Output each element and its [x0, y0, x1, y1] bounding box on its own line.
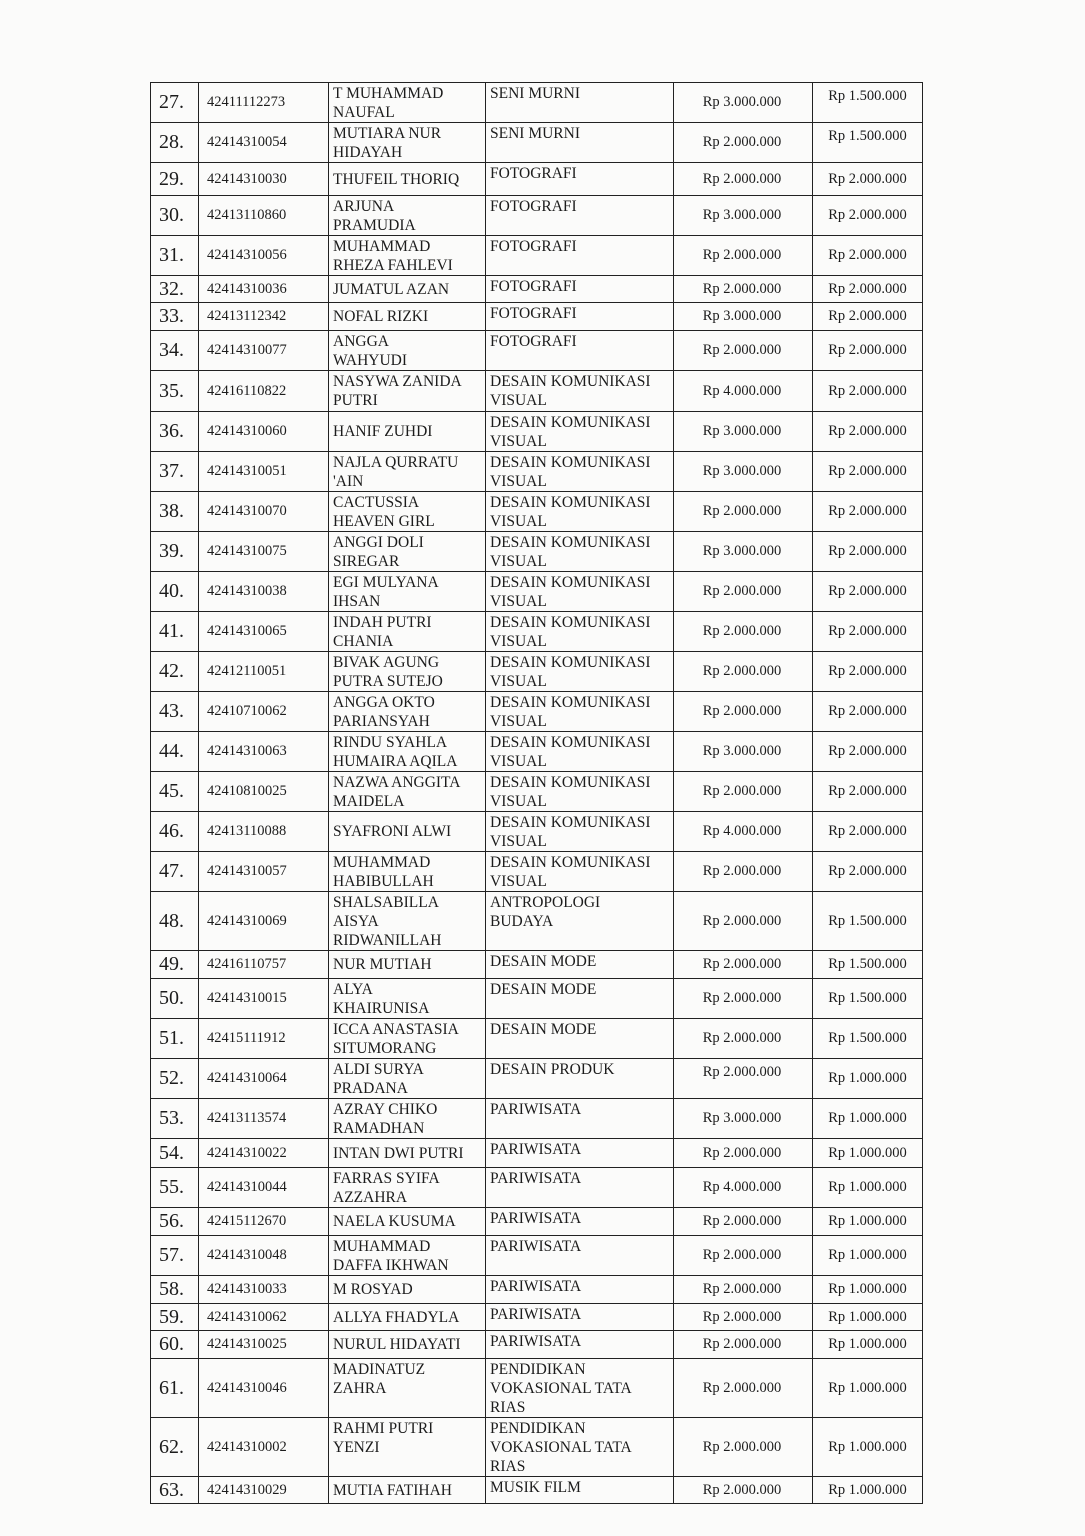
- table-row: 44.42414310063RINDU SYAHLA HUMAIRA AQILA…: [151, 732, 923, 772]
- amount-primary-text: Rp 2.000.000: [678, 622, 806, 641]
- amount-primary-text: Rp 2.000.000: [678, 341, 806, 360]
- amount-primary: Rp 2.000.000: [674, 692, 813, 732]
- student-name-text: NOFAL RIZKI: [333, 307, 481, 326]
- amount-primary: Rp 2.000.000: [674, 612, 813, 652]
- row-number-text: 47.: [159, 862, 194, 881]
- row-number: 40.: [151, 572, 199, 612]
- amount-secondary-text: Rp 2.000.000: [817, 246, 918, 265]
- student-id: 42413110088: [199, 812, 329, 852]
- amount-primary: Rp 2.000.000: [674, 1276, 813, 1304]
- amount-secondary: Rp 1.000.000: [813, 1331, 923, 1359]
- study-program: DESAIN KOMUNIKASI VISUAL: [486, 412, 674, 452]
- student-id-text: 42414310064: [207, 1069, 324, 1088]
- student-name: M ROSYAD: [329, 1276, 486, 1304]
- student-name-text: MUTIARA NUR HIDAYAH: [333, 124, 481, 162]
- row-number-text: 62.: [159, 1438, 194, 1457]
- student-id: 42415112670: [199, 1208, 329, 1236]
- student-name-text: ARJUNA PRAMUDIA: [333, 197, 481, 235]
- row-number-text: 32.: [159, 280, 194, 299]
- amount-primary-text: Rp 2.000.000: [678, 280, 806, 299]
- amount-primary-text: Rp 3.000.000: [678, 307, 806, 326]
- amount-secondary: Rp 2.000.000: [813, 371, 923, 412]
- student-id-text: 42413110860: [207, 206, 324, 225]
- table-row: 27.42411112273T MUHAMMAD NAUFALSENI MURN…: [151, 83, 923, 123]
- student-id: 42414310029: [199, 1477, 329, 1504]
- row-number-text: 30.: [159, 206, 194, 225]
- amount-secondary-text: Rp 2.000.000: [817, 502, 918, 521]
- amount-primary: Rp 3.000.000: [674, 196, 813, 236]
- study-program: FOTOGRAFI: [486, 236, 674, 276]
- amount-primary-text: Rp 2.000.000: [678, 702, 806, 721]
- amount-primary-text: Rp 3.000.000: [678, 462, 806, 481]
- student-id: 42414310060: [199, 412, 329, 452]
- amount-secondary: Rp 2.000.000: [813, 492, 923, 532]
- amount-secondary-text: Rp 1.500.000: [817, 1029, 918, 1048]
- study-program-text: PARIWISATA: [490, 1237, 669, 1256]
- student-name-text: RAHMI PUTRI YENZI: [333, 1419, 481, 1457]
- amount-secondary: Rp 1.000.000: [813, 1418, 923, 1477]
- row-number: 53.: [151, 1099, 199, 1139]
- student-id-text: 42416110822: [207, 382, 324, 401]
- amount-secondary: Rp 1.500.000: [813, 83, 923, 123]
- amount-secondary: Rp 1.500.000: [813, 892, 923, 951]
- amount-secondary: Rp 2.000.000: [813, 276, 923, 303]
- student-name: ANGGA OKTO PARIANSYAH: [329, 692, 486, 732]
- student-name-text: MUHAMMAD RHEZA FAHLEVI: [333, 237, 481, 275]
- study-program: PENDIDIKAN VOKASIONAL TATA RIAS: [486, 1418, 674, 1477]
- amount-secondary-text: Rp 1.000.000: [817, 1481, 918, 1500]
- row-number: 28.: [151, 123, 199, 163]
- student-id: 42414310070: [199, 492, 329, 532]
- student-name: INTAN DWI PUTRI: [329, 1139, 486, 1168]
- amount-primary-text: Rp 2.000.000: [678, 1246, 806, 1265]
- student-name: NAELA KUSUMA: [329, 1208, 486, 1236]
- table-row: 46.42413110088SYAFRONI ALWIDESAIN KOMUNI…: [151, 812, 923, 852]
- amount-secondary: Rp 2.000.000: [813, 612, 923, 652]
- amount-primary-text: Rp 2.000.000: [678, 1379, 806, 1398]
- table-row: 55.42414310044FARRAS SYIFA AZZAHRAPARIWI…: [151, 1168, 923, 1208]
- table-row: 54.42414310022INTAN DWI PUTRIPARIWISATAR…: [151, 1139, 923, 1168]
- table-row: 58.42414310033M ROSYADPARIWISATARp 2.000…: [151, 1276, 923, 1304]
- amount-secondary-text: Rp 2.000.000: [817, 742, 918, 761]
- table-row: 61.42414310046MADINATUZ ZAHRAPENDIDIKAN …: [151, 1359, 923, 1418]
- amount-primary-text: Rp 3.000.000: [678, 93, 806, 112]
- study-program: FOTOGRAFI: [486, 331, 674, 371]
- study-program: DESAIN KOMUNIKASI VISUAL: [486, 732, 674, 772]
- study-program: DESAIN KOMUNIKASI VISUAL: [486, 772, 674, 812]
- student-name: SYAFRONI ALWI: [329, 812, 486, 852]
- row-number: 32.: [151, 276, 199, 303]
- amount-secondary-text: Rp 2.000.000: [817, 307, 918, 326]
- row-number: 37.: [151, 452, 199, 492]
- student-name: MUHAMMAD DAFFA IKHWAN: [329, 1236, 486, 1276]
- table-row: 33.42413112342NOFAL RIZKIFOTOGRAFIRp 3.0…: [151, 303, 923, 331]
- amount-primary-text: Rp 2.000.000: [678, 989, 806, 1008]
- student-id: 42414310063: [199, 732, 329, 772]
- amount-primary: Rp 2.000.000: [674, 1019, 813, 1059]
- student-id-text: 42410710062: [207, 702, 324, 721]
- amount-primary-text: Rp 2.000.000: [678, 246, 806, 265]
- study-program-text: DESAIN KOMUNIKASI VISUAL: [490, 372, 669, 410]
- row-number-text: 49.: [159, 955, 194, 974]
- amount-secondary-text: Rp 1.500.000: [817, 127, 918, 146]
- table-row: 39.42414310075ANGGI DOLI SIREGARDESAIN K…: [151, 532, 923, 572]
- student-id-text: 42415112670: [207, 1212, 324, 1231]
- amount-secondary-text: Rp 2.000.000: [817, 382, 918, 401]
- study-program-text: FOTOGRAFI: [490, 304, 669, 323]
- student-name-text: RINDU SYAHLA HUMAIRA AQILA: [333, 733, 481, 771]
- study-program-text: SENI MURNI: [490, 84, 669, 103]
- amount-primary-text: Rp 3.000.000: [678, 542, 806, 561]
- row-number-text: 51.: [159, 1029, 194, 1048]
- study-program-text: FOTOGRAFI: [490, 197, 669, 216]
- student-name: NASYWA ZANIDA PUTRI: [329, 371, 486, 412]
- study-program-text: DESAIN KOMUNIKASI VISUAL: [490, 773, 669, 811]
- study-program: PENDIDIKAN VOKASIONAL TATA RIAS: [486, 1359, 674, 1418]
- student-name-text: ICCA ANASTASIA SITUMORANG: [333, 1020, 481, 1058]
- amount-secondary: Rp 2.000.000: [813, 196, 923, 236]
- row-number-text: 35.: [159, 382, 194, 401]
- study-program: SENI MURNI: [486, 83, 674, 123]
- amount-secondary-text: Rp 2.000.000: [817, 280, 918, 299]
- amount-primary-text: Rp 2.000.000: [678, 1144, 806, 1163]
- amount-primary: Rp 2.000.000: [674, 123, 813, 163]
- student-id: 42413110860: [199, 196, 329, 236]
- student-id: 42414310077: [199, 331, 329, 371]
- student-id: 42414310046: [199, 1359, 329, 1418]
- student-name-text: MUHAMMAD HABIBULLAH: [333, 853, 481, 891]
- student-id: 42410710062: [199, 692, 329, 732]
- amount-primary: Rp 2.000.000: [674, 572, 813, 612]
- amount-secondary: Rp 1.000.000: [813, 1359, 923, 1418]
- student-name: JUMATUL AZAN: [329, 276, 486, 303]
- student-id: 42416110757: [199, 951, 329, 979]
- student-name: MUHAMMAD RHEZA FAHLEVI: [329, 236, 486, 276]
- amount-secondary-text: Rp 2.000.000: [817, 622, 918, 641]
- student-name: HANIF ZUHDI: [329, 412, 486, 452]
- amount-secondary: Rp 2.000.000: [813, 303, 923, 331]
- row-number-text: 61.: [159, 1379, 194, 1398]
- row-number: 34.: [151, 331, 199, 371]
- student-name-text: INDAH PUTRI CHANIA: [333, 613, 481, 651]
- study-program-text: DESAIN KOMUNIKASI VISUAL: [490, 733, 669, 771]
- student-name-text: NASYWA ZANIDA PUTRI: [333, 372, 481, 410]
- student-id: 42414310033: [199, 1276, 329, 1304]
- study-program: FOTOGRAFI: [486, 196, 674, 236]
- study-program: DESAIN KOMUNIKASI VISUAL: [486, 812, 674, 852]
- amount-primary-text: Rp 2.000.000: [678, 912, 806, 931]
- amount-primary: Rp 2.000.000: [674, 276, 813, 303]
- student-name-text: CACTUSSIA HEAVEN GIRL: [333, 493, 481, 531]
- row-number: 47.: [151, 852, 199, 892]
- study-program: DESAIN KOMUNIKASI VISUAL: [486, 852, 674, 892]
- study-program: SENI MURNI: [486, 123, 674, 163]
- amount-primary: Rp 2.000.000: [674, 1477, 813, 1504]
- table-row: 30.42413110860ARJUNA PRAMUDIAFOTOGRAFIRp…: [151, 196, 923, 236]
- student-name-text: AZRAY CHIKO RAMADHAN: [333, 1100, 481, 1138]
- student-name-text: NAZWA ANGGITA MAIDELA: [333, 773, 481, 811]
- row-number-text: 43.: [159, 702, 194, 721]
- amount-primary: Rp 2.000.000: [674, 1208, 813, 1236]
- table-row: 56.42415112670NAELA KUSUMAPARIWISATARp 2…: [151, 1208, 923, 1236]
- amount-secondary-text: Rp 2.000.000: [817, 862, 918, 881]
- student-name-text: FARRAS SYIFA AZZAHRA: [333, 1169, 481, 1207]
- student-name-text: MADINATUZ ZAHRA: [333, 1360, 481, 1398]
- amount-secondary-text: Rp 2.000.000: [817, 582, 918, 601]
- student-name-text: JUMATUL AZAN: [333, 280, 481, 299]
- row-number-text: 59.: [159, 1308, 194, 1327]
- amount-secondary-text: Rp 1.000.000: [817, 1109, 918, 1128]
- study-program-text: DESAIN KOMUNIKASI VISUAL: [490, 693, 669, 731]
- student-id: 42412110051: [199, 652, 329, 692]
- student-id-text: 42414310069: [207, 912, 324, 931]
- amount-secondary-text: Rp 2.000.000: [817, 422, 918, 441]
- amount-secondary-text: Rp 2.000.000: [817, 170, 918, 189]
- row-number: 48.: [151, 892, 199, 951]
- amount-secondary-text: Rp 2.000.000: [817, 662, 918, 681]
- study-program-text: DESAIN KOMUNIKASI VISUAL: [490, 653, 669, 691]
- table-row: 38.42414310070CACTUSSIA HEAVEN GIRLDESAI…: [151, 492, 923, 532]
- student-name-text: ALLYA FHADYLA: [333, 1308, 481, 1327]
- amount-secondary-text: Rp 1.500.000: [817, 87, 918, 106]
- amount-secondary: Rp 1.000.000: [813, 1276, 923, 1304]
- row-number: 58.: [151, 1276, 199, 1304]
- amount-secondary-text: Rp 1.500.000: [817, 912, 918, 931]
- amount-secondary: Rp 2.000.000: [813, 236, 923, 276]
- study-program: PARIWISATA: [486, 1099, 674, 1139]
- amount-secondary-text: Rp 2.000.000: [817, 822, 918, 841]
- student-name: BIVAK AGUNG PUTRA SUTEJO: [329, 652, 486, 692]
- student-id: 42414310057: [199, 852, 329, 892]
- amount-secondary: Rp 1.000.000: [813, 1304, 923, 1331]
- student-id-text: 42414310029: [207, 1481, 324, 1500]
- student-name-text: ANGGA WAHYUDI: [333, 332, 481, 370]
- row-number-text: 28.: [159, 133, 194, 152]
- recipient-table: 27.42411112273T MUHAMMAD NAUFALSENI MURN…: [150, 82, 923, 1504]
- student-name: NURUL HIDAYATI: [329, 1331, 486, 1359]
- study-program: DESAIN KOMUNIKASI VISUAL: [486, 492, 674, 532]
- amount-primary: Rp 2.000.000: [674, 1304, 813, 1331]
- student-name-text: NUR MUTIAH: [333, 955, 481, 974]
- student-name-text: ANGGI DOLI SIREGAR: [333, 533, 481, 571]
- row-number-text: 53.: [159, 1109, 194, 1128]
- amount-primary-text: Rp 2.000.000: [678, 1280, 806, 1299]
- study-program: PARIWISATA: [486, 1304, 674, 1331]
- amount-primary: Rp 2.000.000: [674, 1236, 813, 1276]
- student-name-text: NAJLA QURRATU 'AIN: [333, 453, 481, 491]
- study-program-text: MUSIK FILM: [490, 1478, 669, 1497]
- amount-secondary: Rp 1.000.000: [813, 1059, 923, 1099]
- row-number: 50.: [151, 979, 199, 1019]
- student-name: NOFAL RIZKI: [329, 303, 486, 331]
- student-id-text: 42414310025: [207, 1335, 324, 1354]
- table-body: 27.42411112273T MUHAMMAD NAUFALSENI MURN…: [151, 83, 923, 1504]
- student-id: 42414310044: [199, 1168, 329, 1208]
- row-number: 42.: [151, 652, 199, 692]
- row-number: 33.: [151, 303, 199, 331]
- student-name: MADINATUZ ZAHRA: [329, 1359, 486, 1418]
- study-program-text: PARIWISATA: [490, 1305, 669, 1324]
- student-name-text: MUTIA FATIHAH: [333, 1481, 481, 1500]
- amount-secondary-text: Rp 2.000.000: [817, 341, 918, 360]
- student-name-text: ALYA KHAIRUNISA: [333, 980, 481, 1018]
- student-id: 42413113574: [199, 1099, 329, 1139]
- study-program-text: DESAIN MODE: [490, 1020, 669, 1039]
- amount-primary: Rp 2.000.000: [674, 951, 813, 979]
- study-program: DESAIN KOMUNIKASI VISUAL: [486, 532, 674, 572]
- student-id: 42415111912: [199, 1019, 329, 1059]
- study-program: FOTOGRAFI: [486, 303, 674, 331]
- student-id-text: 42414310030: [207, 170, 324, 189]
- amount-primary-text: Rp 2.000.000: [678, 1212, 806, 1231]
- student-name: T MUHAMMAD NAUFAL: [329, 83, 486, 123]
- amount-secondary: Rp 1.000.000: [813, 1236, 923, 1276]
- study-program: FOTOGRAFI: [486, 276, 674, 303]
- amount-secondary: Rp 1.000.000: [813, 1208, 923, 1236]
- study-program: PARIWISATA: [486, 1208, 674, 1236]
- student-id-text: 42414310048: [207, 1246, 324, 1265]
- student-id: 42414310015: [199, 979, 329, 1019]
- student-id-text: 42414310060: [207, 422, 324, 441]
- study-program: PARIWISATA: [486, 1236, 674, 1276]
- study-program-text: FOTOGRAFI: [490, 332, 669, 351]
- amount-primary: Rp 2.000.000: [674, 979, 813, 1019]
- row-number: 31.: [151, 236, 199, 276]
- row-number-text: 52.: [159, 1069, 194, 1088]
- amount-primary: Rp 2.000.000: [674, 652, 813, 692]
- student-name: SHALSABILLA AISYA RIDWANILLAH: [329, 892, 486, 951]
- row-number: 59.: [151, 1304, 199, 1331]
- student-id: 42414310002: [199, 1418, 329, 1477]
- amount-primary-text: Rp 2.000.000: [678, 1029, 806, 1048]
- study-program-text: SENI MURNI: [490, 124, 669, 143]
- student-id-text: 42414310044: [207, 1178, 324, 1197]
- amount-primary-text: Rp 2.000.000: [678, 133, 806, 152]
- study-program-text: DESAIN MODE: [490, 952, 669, 971]
- amount-secondary: Rp 1.500.000: [813, 123, 923, 163]
- student-id-text: 42414310056: [207, 246, 324, 265]
- study-program: PARIWISATA: [486, 1139, 674, 1168]
- amount-secondary: Rp 2.000.000: [813, 692, 923, 732]
- amount-secondary: Rp 2.000.000: [813, 652, 923, 692]
- amount-secondary: Rp 1.000.000: [813, 1477, 923, 1504]
- amount-secondary-text: Rp 1.500.000: [817, 955, 918, 974]
- row-number: 29.: [151, 163, 199, 196]
- table-row: 48.42414310069SHALSABILLA AISYA RIDWANIL…: [151, 892, 923, 951]
- amount-primary: Rp 3.000.000: [674, 452, 813, 492]
- student-name: FARRAS SYIFA AZZAHRA: [329, 1168, 486, 1208]
- amount-primary-text: Rp 3.000.000: [678, 206, 806, 225]
- table-row: 36.42414310060HANIF ZUHDIDESAIN KOMUNIKA…: [151, 412, 923, 452]
- student-id-text: 42414310065: [207, 622, 324, 641]
- row-number-text: 54.: [159, 1144, 194, 1163]
- student-name-text: THUFEIL THORIQ: [333, 170, 481, 189]
- row-number: 63.: [151, 1477, 199, 1504]
- student-id: 42414310062: [199, 1304, 329, 1331]
- table-row: 40.42414310038EGI MULYANA IHSANDESAIN KO…: [151, 572, 923, 612]
- student-id-text: 42414310054: [207, 133, 324, 152]
- study-program-text: DESAIN KOMUNIKASI VISUAL: [490, 613, 669, 651]
- table-row: 52.42414310064ALDI SURYA PRADANADESAIN P…: [151, 1059, 923, 1099]
- student-id-text: 42413110088: [207, 822, 324, 841]
- student-name-text: T MUHAMMAD NAUFAL: [333, 84, 481, 122]
- study-program: DESAIN MODE: [486, 979, 674, 1019]
- student-id-text: 42414310036: [207, 280, 324, 299]
- table-row: 59.42414310062ALLYA FHADYLAPARIWISATARp …: [151, 1304, 923, 1331]
- student-id: 42413112342: [199, 303, 329, 331]
- amount-secondary-text: Rp 1.000.000: [817, 1212, 918, 1231]
- student-id-text: 42413113574: [207, 1109, 324, 1128]
- row-number-text: 57.: [159, 1246, 194, 1265]
- amount-primary: Rp 3.000.000: [674, 1099, 813, 1139]
- row-number: 56.: [151, 1208, 199, 1236]
- amount-primary: Rp 2.000.000: [674, 1418, 813, 1477]
- student-id-text: 42414310038: [207, 582, 324, 601]
- student-name-text: M ROSYAD: [333, 1280, 481, 1299]
- amount-secondary-text: Rp 1.000.000: [817, 1280, 918, 1299]
- student-id: 42414310022: [199, 1139, 329, 1168]
- table-row: 51.42415111912ICCA ANASTASIA SITUMORANGD…: [151, 1019, 923, 1059]
- row-number: 62.: [151, 1418, 199, 1477]
- amount-primary: Rp 2.000.000: [674, 892, 813, 951]
- student-name: NAZWA ANGGITA MAIDELA: [329, 772, 486, 812]
- student-name-text: ALDI SURYA PRADANA: [333, 1060, 481, 1098]
- amount-primary-text: Rp 2.000.000: [678, 862, 806, 881]
- amount-primary-text: Rp 2.000.000: [678, 1481, 806, 1500]
- study-program-text: PARIWISATA: [490, 1332, 669, 1351]
- row-number-text: 34.: [159, 341, 194, 360]
- study-program-text: PARIWISATA: [490, 1169, 669, 1188]
- student-name-text: NAELA KUSUMA: [333, 1212, 481, 1231]
- row-number-text: 33.: [159, 307, 194, 326]
- student-id-text: 42414310070: [207, 502, 324, 521]
- student-name-text: SHALSABILLA AISYA RIDWANILLAH: [333, 893, 481, 950]
- amount-primary: Rp 2.000.000: [674, 1139, 813, 1168]
- student-id-text: 42414310046: [207, 1379, 324, 1398]
- student-id: 42410810025: [199, 772, 329, 812]
- amount-primary-text: Rp 4.000.000: [678, 822, 806, 841]
- row-number: 54.: [151, 1139, 199, 1168]
- row-number-text: 40.: [159, 582, 194, 601]
- student-id-text: 42416110757: [207, 955, 324, 974]
- student-id: 42414310038: [199, 572, 329, 612]
- student-id-text: 42414310077: [207, 341, 324, 360]
- study-program-text: DESAIN KOMUNIKASI VISUAL: [490, 493, 669, 531]
- amount-secondary: Rp 2.000.000: [813, 412, 923, 452]
- row-number-text: 55.: [159, 1178, 194, 1197]
- amount-primary: Rp 3.000.000: [674, 532, 813, 572]
- study-program: DESAIN MODE: [486, 1019, 674, 1059]
- student-id: 42414310025: [199, 1331, 329, 1359]
- amount-secondary: Rp 2.000.000: [813, 331, 923, 371]
- row-number-text: 56.: [159, 1212, 194, 1231]
- amount-primary: Rp 2.000.000: [674, 1059, 813, 1099]
- student-name: ALYA KHAIRUNISA: [329, 979, 486, 1019]
- student-id-text: 42411112273: [207, 93, 324, 112]
- amount-primary: Rp 2.000.000: [674, 163, 813, 196]
- study-program-text: FOTOGRAFI: [490, 237, 669, 256]
- student-name: RAHMI PUTRI YENZI: [329, 1418, 486, 1477]
- row-number-text: 41.: [159, 622, 194, 641]
- amount-secondary: Rp 2.000.000: [813, 452, 923, 492]
- student-id: 42414310075: [199, 532, 329, 572]
- study-program: PARIWISATA: [486, 1331, 674, 1359]
- row-number: 60.: [151, 1331, 199, 1359]
- student-id-text: 42414310063: [207, 742, 324, 761]
- amount-primary-text: Rp 2.000.000: [678, 1438, 806, 1457]
- amount-primary: Rp 3.000.000: [674, 732, 813, 772]
- row-number-text: 63.: [159, 1481, 194, 1500]
